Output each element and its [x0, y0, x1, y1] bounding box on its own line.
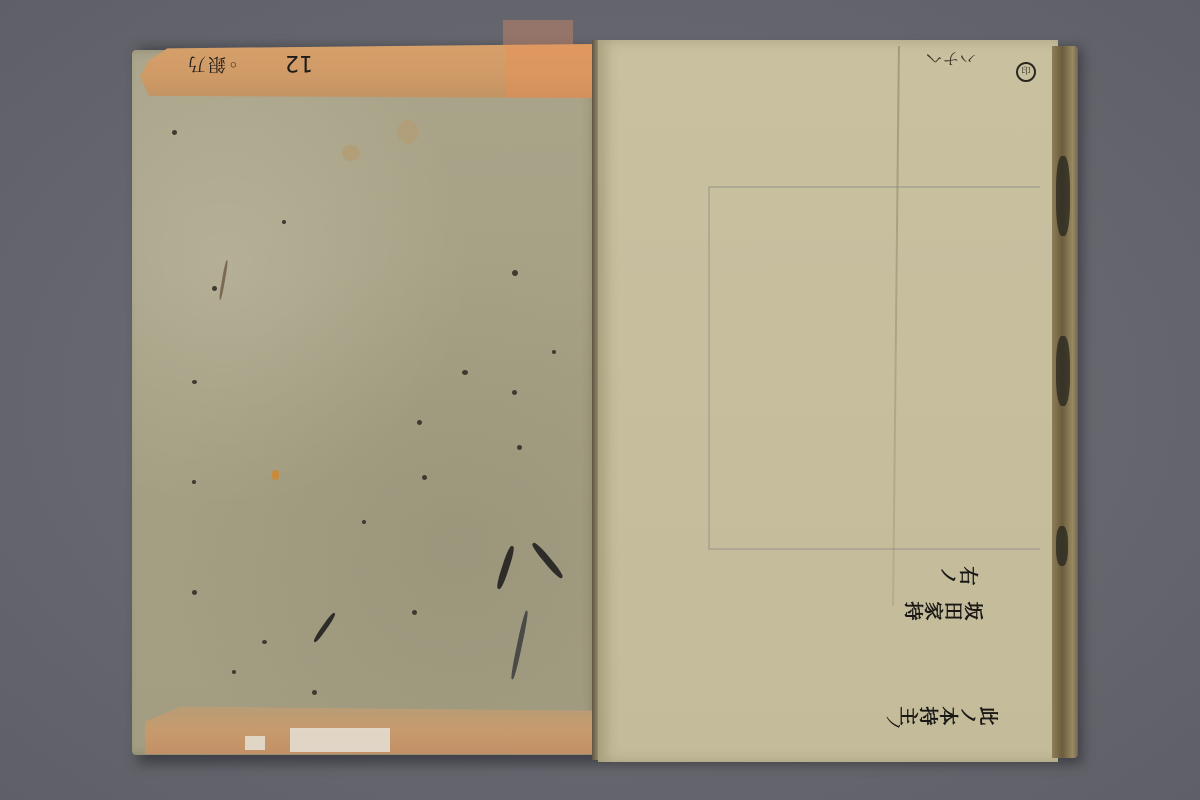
- paper-speck: [282, 220, 286, 224]
- left-top-number: 12: [285, 50, 313, 75]
- left-top-handwriting: ◦銀乃: [186, 52, 239, 78]
- paper-speck: [462, 370, 468, 375]
- dark-fiber: [510, 610, 529, 680]
- paper-speck: [192, 380, 197, 384]
- left-page: [132, 50, 598, 755]
- paper-speck: [362, 520, 366, 524]
- paper-patch: [245, 736, 265, 750]
- paper-speck: [172, 130, 177, 135]
- paper-speck: [262, 640, 267, 644]
- dark-fiber: [495, 545, 516, 590]
- edge-stain: [1056, 526, 1068, 566]
- paper-speck: [192, 590, 197, 595]
- right-page-edge: [1052, 46, 1078, 758]
- edge-stain: [1056, 336, 1070, 406]
- paper-speck: [417, 420, 422, 425]
- paper-speck: [512, 390, 517, 395]
- stain: [397, 120, 419, 144]
- dark-fiber: [219, 260, 229, 300]
- annotation-4: ノ: [884, 709, 904, 736]
- dark-fiber: [312, 612, 336, 644]
- paper-speck: [412, 610, 417, 615]
- paper-speck: [517, 445, 522, 450]
- right-top-handwriting: ハナヘ: [925, 48, 976, 71]
- paper-speck: [312, 690, 317, 695]
- dark-fiber: [530, 541, 564, 580]
- circle-mark: 印: [1016, 62, 1036, 82]
- paper-speck: [552, 350, 556, 354]
- annotation-1: 右ノ: [939, 562, 979, 589]
- stain: [342, 145, 360, 161]
- edge-stain: [1056, 156, 1070, 236]
- orange-fiber-speck: [272, 470, 279, 480]
- show-through-print-frame: [708, 186, 1040, 550]
- paper-speck: [212, 286, 217, 291]
- paper-speck: [192, 480, 196, 484]
- paper-speck: [512, 270, 518, 276]
- annotation-3: 此ノ本持主: [899, 702, 999, 729]
- paper-speck: [232, 670, 236, 674]
- paper-patch: [290, 728, 390, 752]
- paper-speck: [422, 475, 427, 480]
- annotation-2: 坂田家持: [904, 597, 984, 624]
